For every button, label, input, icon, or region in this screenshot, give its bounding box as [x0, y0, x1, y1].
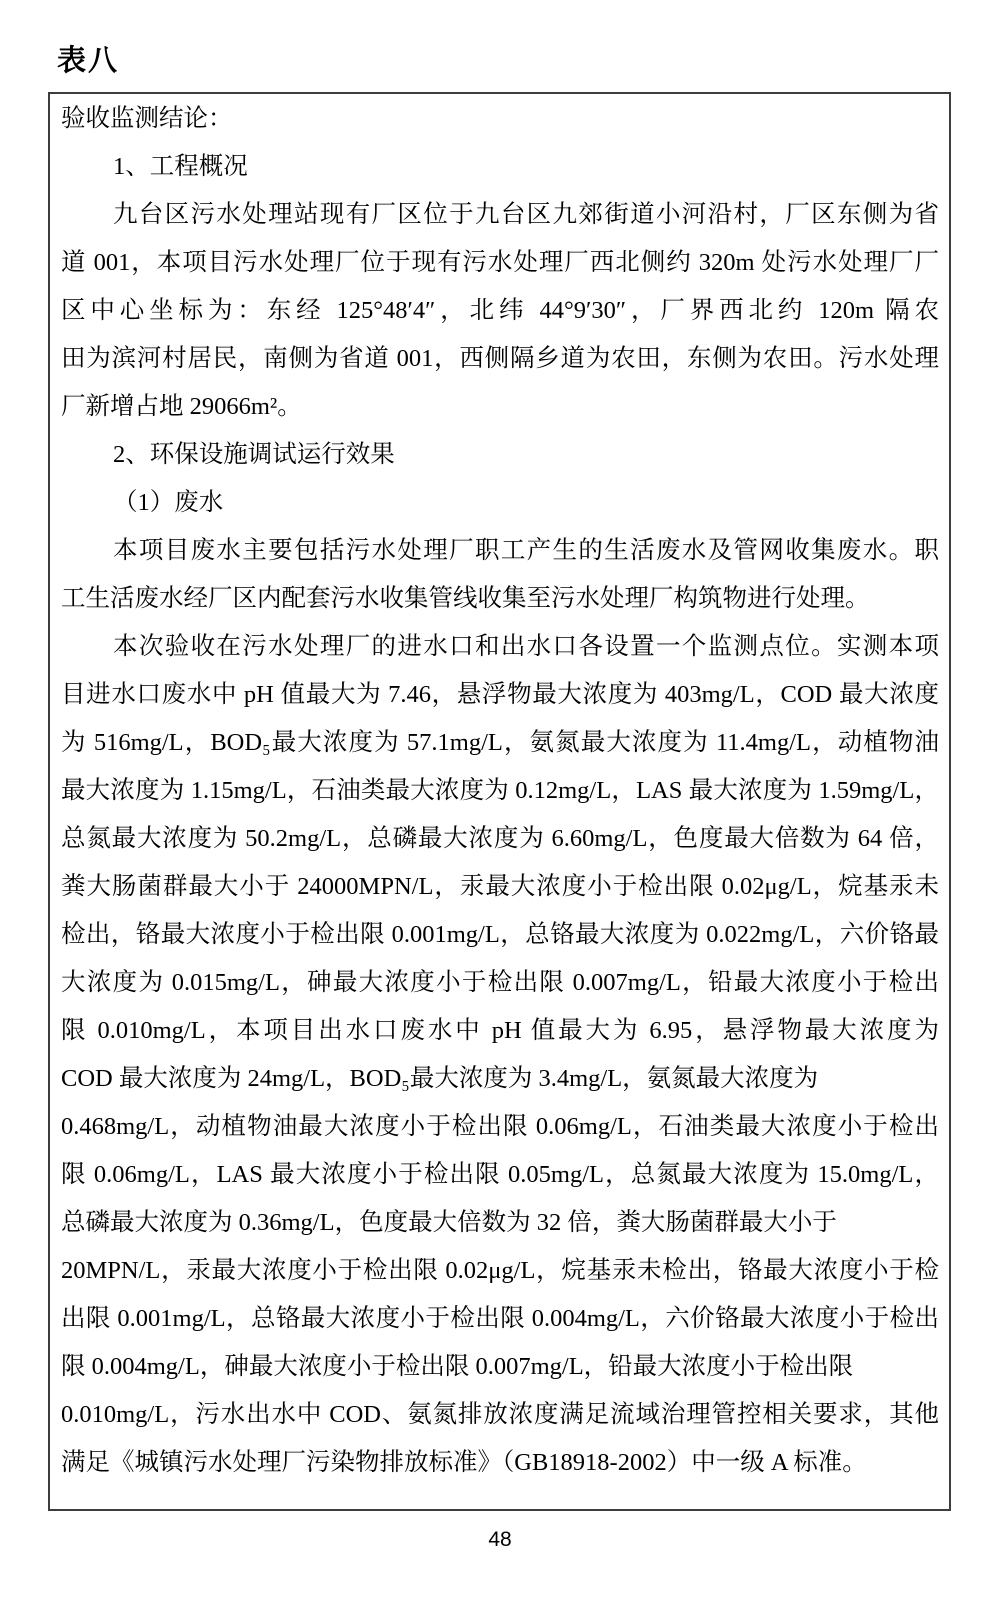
text-line: 本次验收在污水处理厂的进水口和出水口各设置一个监测点位。实测本项 — [61, 623, 939, 671]
conclusion-body: 1、工程概况九台区污水处理站现有厂区位于九台区九郊街道小河沿村，厂区东侧为省道 … — [61, 143, 939, 1487]
text-line: 出限 0.001mg/L，总铬最大浓度小于检出限 0.004mg/L，六价铬最大… — [61, 1295, 939, 1343]
text-line: 满足《城镇污水处理厂污染物排放标准》（GB18918-2002）中一级 A 标准… — [61, 1439, 939, 1487]
text-line: COD 最大浓度为 24mg/L，BOD₅最大浓度为 3.4mg/L，氨氮最大浓… — [61, 1055, 939, 1103]
text-line: 总氮最大浓度为 50.2mg/L，总磷最大浓度为 6.60mg/L，色度最大倍数… — [61, 815, 939, 863]
text-line: 最大浓度为 1.15mg/L，石油类最大浓度为 0.12mg/L，LAS 最大浓… — [61, 767, 939, 815]
text-line: 粪大肠菌群最大小于 24000MPN/L，汞最大浓度小于检出限 0.02μg/L… — [61, 863, 939, 911]
page-number: 48 — [0, 1528, 1000, 1552]
text-line: 大浓度为 0.015mg/L，砷最大浓度小于检出限 0.007mg/L，铅最大浓… — [61, 959, 939, 1007]
section-heading: （1）废水 — [61, 479, 939, 527]
text-line: 为 516mg/L，BOD₅最大浓度为 57.1mg/L，氨氮最大浓度为 11.… — [61, 719, 939, 767]
text-line: 检出，铬最大浓度小于检出限 0.001mg/L，总铬最大浓度为 0.022mg/… — [61, 911, 939, 959]
text-line: 九台区污水处理站现有厂区位于九台区九郊街道小河沿村，厂区东侧为省 — [61, 191, 939, 239]
table-label: 表八 — [57, 38, 119, 79]
conclusion-box: 验收监测结论： 1、工程概况九台区污水处理站现有厂区位于九台区九郊街道小河沿村，… — [48, 92, 951, 1511]
text-line: 20MPN/L，汞最大浓度小于检出限 0.02μg/L，烷基汞未检出，铬最大浓度… — [61, 1247, 939, 1295]
text-line: 区中心坐标为：东经 125°48′4″，北纬 44°9′30″，厂界西北约 12… — [61, 287, 939, 335]
section-heading: 1、工程概况 — [61, 143, 939, 191]
text-line: 本项目废水主要包括污水处理厂职工产生的生活废水及管网收集废水。职 — [61, 527, 939, 575]
conclusion-title: 验收监测结论： — [61, 95, 939, 143]
text-line: 目进水口废水中 pH 值最大为 7.46，悬浮物最大浓度为 403mg/L，CO… — [61, 671, 939, 719]
text-line: 0.468mg/L，动植物油最大浓度小于检出限 0.06mg/L，石油类最大浓度… — [61, 1103, 939, 1151]
text-line: 0.010mg/L，污水出水中 COD、氨氮排放浓度满足流域治理管控相关要求，其… — [61, 1391, 939, 1439]
text-line: 田为滨河村居民，南侧为省道 001，西侧隔乡道为农田，东侧为农田。污水处理 — [61, 335, 939, 383]
text-line: 厂新增占地 29066m²。 — [61, 383, 939, 431]
text-line: 限 0.010mg/L，本项目出水口废水中 pH 值最大为 6.95，悬浮物最大… — [61, 1007, 939, 1055]
text-line: 总磷最大浓度为 0.36mg/L，色度最大倍数为 32 倍，粪大肠菌群最大小于 — [61, 1199, 939, 1247]
text-line: 道 001，本项目污水处理厂位于现有污水处理厂西北侧约 320m 处污水处理厂厂 — [61, 239, 939, 287]
text-line: 限 0.06mg/L，LAS 最大浓度小于检出限 0.05mg/L，总氮最大浓度… — [61, 1151, 939, 1199]
text-line: 限 0.004mg/L，砷最大浓度小于检出限 0.007mg/L，铅最大浓度小于… — [61, 1343, 939, 1391]
text-line: 工生活废水经厂区内配套污水收集管线收集至污水处理厂构筑物进行处理。 — [61, 575, 939, 623]
section-heading: 2、环保设施调试运行效果 — [61, 431, 939, 479]
